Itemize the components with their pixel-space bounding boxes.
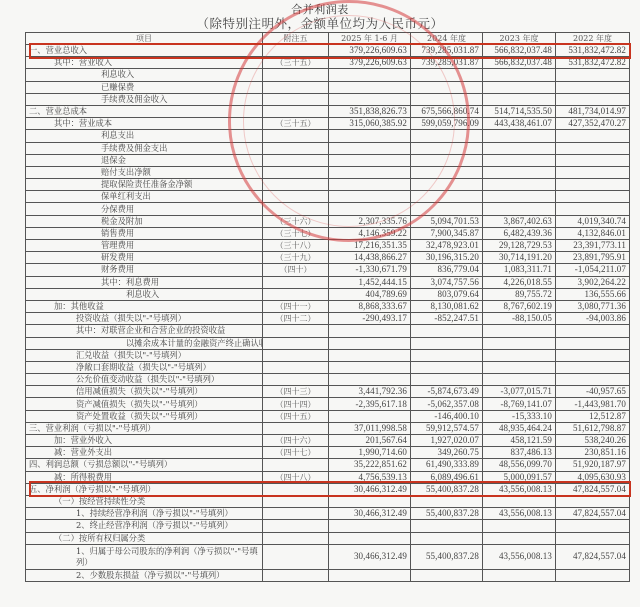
row-item-label: 五、净利润（净亏损以"-"号填列）: [26, 483, 263, 495]
row-value-2023: [483, 569, 556, 581]
row-item-label: 信用减值损失（损失以"-"号填列）: [26, 386, 263, 398]
row-value-2023: [483, 166, 556, 178]
table-row: 资产处置收益（损失以"-"号填列）（四十五）-146,400.10-15,333…: [26, 410, 630, 422]
table-row: 减：所得税费用（四十八）4,756,539.136,089,496.615,00…: [26, 471, 630, 483]
row-value-2024: [411, 374, 483, 386]
row-value-2024: [411, 349, 483, 361]
row-value-2022: 51,920,187.97: [556, 459, 630, 471]
row-value-2022: [556, 69, 630, 81]
row-value-2022: 531,832,472.82: [556, 45, 630, 57]
header-2024: 2024 年度: [411, 33, 483, 45]
row-note-ref: [263, 361, 329, 373]
table-row: 一、营业总收入379,226,609.63739,285,031.87566,8…: [26, 45, 630, 57]
row-value-2022: [556, 349, 630, 361]
row-value-2025h1: [329, 69, 411, 81]
row-value-2024: [411, 142, 483, 154]
table-row: 手续费及佣金支出: [26, 142, 630, 154]
row-note-ref: [263, 288, 329, 300]
row-value-2023: 29,128,729.53: [483, 240, 556, 252]
income-statement-table: 项目 附注五 2025 年 1-6 月 2024 年度 2023 年度 2022…: [25, 32, 630, 582]
row-item-label: 一、营业总收入: [26, 45, 263, 57]
row-value-2024: -146,400.10: [411, 410, 483, 422]
table-row: 汇兑收益（损失以"-"号填列）: [26, 349, 630, 361]
row-note-ref: [263, 203, 329, 215]
table-row: 税金及附加（三十六）2,307,335.765,094,701.533,867,…: [26, 215, 630, 227]
row-value-2023: [483, 337, 556, 349]
row-item-label: 利息支出: [26, 130, 263, 142]
row-value-2023: 6,482,439.36: [483, 227, 556, 239]
row-value-2025h1: 1,452,444.15: [329, 276, 411, 288]
row-note-ref: （四十三）: [263, 386, 329, 398]
row-value-2025h1: 379,226,609.63: [329, 57, 411, 69]
row-value-2025h1: 8,868,333.67: [329, 300, 411, 312]
row-value-2022: 4,095,630.93: [556, 471, 630, 483]
row-value-2024: 55,400,837.28: [411, 483, 483, 495]
row-value-2023: 43,556,008.13: [483, 544, 556, 569]
row-value-2024: 349,260.75: [411, 447, 483, 459]
row-note-ref: （四十八）: [263, 471, 329, 483]
row-value-2022: [556, 191, 630, 203]
row-value-2025h1: 3,441,792.36: [329, 386, 411, 398]
table-header-row: 项目 附注五 2025 年 1-6 月 2024 年度 2023 年度 2022…: [26, 33, 630, 45]
statement-subtitle: （除特别注明外，金额单位均为人民币元）: [0, 14, 640, 32]
row-value-2022: 538,240.26: [556, 435, 630, 447]
row-value-2022: [556, 81, 630, 93]
row-value-2023: [483, 69, 556, 81]
row-note-ref: （三十八）: [263, 240, 329, 252]
row-value-2024: 59,912,574.57: [411, 422, 483, 434]
row-value-2023: -8,769,141.07: [483, 398, 556, 410]
row-value-2025h1: [329, 81, 411, 93]
row-value-2024: [411, 337, 483, 349]
row-value-2025h1: [329, 325, 411, 337]
row-note-ref: [263, 81, 329, 93]
row-item-label: 净敞口套期收益（损失以"-"号填列）: [26, 361, 263, 373]
row-note-ref: [263, 325, 329, 337]
row-item-label: 利息收入: [26, 288, 263, 300]
row-value-2025h1: 30,466,312.49: [329, 544, 411, 569]
row-note-ref: [263, 483, 329, 495]
table-row: 提取保险责任准备金净额: [26, 179, 630, 191]
row-value-2024: 30,196,315.20: [411, 252, 483, 264]
row-value-2024: [411, 361, 483, 373]
row-note-ref: [263, 532, 329, 544]
row-note-ref: （四十五）: [263, 410, 329, 422]
row-value-2024: [411, 520, 483, 532]
row-value-2025h1: -1,330,671.79: [329, 264, 411, 276]
row-note-ref: （三十五）: [263, 118, 329, 130]
row-value-2025h1: 4,146,359.22: [329, 227, 411, 239]
row-value-2023: [483, 374, 556, 386]
header-2025h1: 2025 年 1-6 月: [329, 33, 411, 45]
row-item-label: 提取保险责任准备金净额: [26, 179, 263, 191]
row-note-ref: [263, 374, 329, 386]
header-item: 项目: [26, 33, 263, 45]
row-value-2024: 836,779.04: [411, 264, 483, 276]
row-item-label: 其中：营业成本: [26, 118, 263, 130]
row-value-2024: 5,094,701.53: [411, 215, 483, 227]
row-value-2022: [556, 93, 630, 105]
row-value-2022: 4,019,340.74: [556, 215, 630, 227]
row-item-label: 减：所得税费用: [26, 471, 263, 483]
row-note-ref: [263, 349, 329, 361]
row-value-2023: [483, 325, 556, 337]
row-value-2022: -94,003.86: [556, 313, 630, 325]
row-value-2024: 803,079.64: [411, 288, 483, 300]
row-note-ref: （四十六）: [263, 435, 329, 447]
row-item-label: 加：营业外收入: [26, 435, 263, 447]
row-item-label: 二、营业总成本: [26, 105, 263, 117]
row-note-ref: [263, 459, 329, 471]
table-row: 手续费及佣金收入: [26, 93, 630, 105]
row-value-2022: 3,080,771.36: [556, 300, 630, 312]
row-item-label: 分保费用: [26, 203, 263, 215]
row-value-2022: -1,054,211.07: [556, 264, 630, 276]
row-note-ref: （三十七）: [263, 227, 329, 239]
row-value-2025h1: [329, 410, 411, 422]
row-note-ref: [263, 276, 329, 288]
row-value-2023: -88,150.05: [483, 313, 556, 325]
row-value-2025h1: 30,466,312.49: [329, 483, 411, 495]
row-item-label: 保单红利支出: [26, 191, 263, 203]
row-value-2023: [483, 130, 556, 142]
row-item-label: 三、营业利润（亏损以"-"号填列）: [26, 422, 263, 434]
row-value-2022: 136,555.66: [556, 288, 630, 300]
table-row: （二）按所有权归属分类: [26, 532, 630, 544]
row-value-2025h1: [329, 532, 411, 544]
row-value-2022: [556, 374, 630, 386]
row-value-2022: 531,832,472.82: [556, 57, 630, 69]
row-item-label: 资产处置收益（损失以"-"号填列）: [26, 410, 263, 422]
table-row: 五、净利润（净亏损以"-"号填列）30,466,312.4955,400,837…: [26, 483, 630, 495]
row-value-2024: [411, 166, 483, 178]
row-value-2023: 3,867,402.63: [483, 215, 556, 227]
row-value-2025h1: [329, 569, 411, 581]
row-value-2025h1: -290,493.17: [329, 313, 411, 325]
row-item-label: 以摊余成本计量的金融资产终止确认收益: [26, 337, 263, 349]
table-row: 二、营业总成本351,838,826.73675,566,860.74514,7…: [26, 105, 630, 117]
row-note-ref: [263, 166, 329, 178]
row-item-label: 1、持续经营净利润（净亏损以"-"号填列）: [26, 508, 263, 520]
row-value-2023: 8,767,602.19: [483, 300, 556, 312]
row-item-label: 投资收益（损失以"-"号填列）: [26, 313, 263, 325]
row-value-2022: 23,891,795.91: [556, 252, 630, 264]
row-value-2024: [411, 154, 483, 166]
row-value-2022: 47,824,557.04: [556, 483, 630, 495]
row-item-label: 税金及附加: [26, 215, 263, 227]
table-row: 以摊余成本计量的金融资产终止确认收益: [26, 337, 630, 349]
table-row: 减：营业外支出（四十七）1,990,714.60349,260.75837,48…: [26, 447, 630, 459]
table-row: 研发费用（三十九）14,438,866.2730,196,315.2030,71…: [26, 252, 630, 264]
row-value-2025h1: 14,438,866.27: [329, 252, 411, 264]
row-value-2022: [556, 166, 630, 178]
row-value-2024: -5,062,357.08: [411, 398, 483, 410]
row-item-label: 1、归属于母公司股东的净利润（净亏损以"-"号填列）: [26, 544, 263, 569]
row-value-2022: 3,902,264.22: [556, 276, 630, 288]
row-note-ref: [263, 45, 329, 57]
table-row: 管理费用（三十八）17,216,351.3532,478,923.0129,12…: [26, 240, 630, 252]
table-row: 1、持续经营净利润（净亏损以"-"号填列）30,466,312.4955,400…: [26, 508, 630, 520]
row-value-2025h1: [329, 191, 411, 203]
row-value-2023: 458,121.59: [483, 435, 556, 447]
row-value-2022: 51,612,798.87: [556, 422, 630, 434]
row-value-2024: -852,247.51: [411, 313, 483, 325]
row-value-2024: [411, 179, 483, 191]
row-value-2025h1: [329, 179, 411, 191]
row-value-2022: [556, 203, 630, 215]
table-row: 已赚保费: [26, 81, 630, 93]
row-item-label: 手续费及佣金支出: [26, 142, 263, 154]
row-item-label: 资产减值损失（损失以"-"号填列）: [26, 398, 263, 410]
row-item-label: 研发费用: [26, 252, 263, 264]
row-value-2025h1: 351,838,826.73: [329, 105, 411, 117]
row-value-2022: [556, 130, 630, 142]
row-item-label: 管理费用: [26, 240, 263, 252]
row-value-2022: [556, 154, 630, 166]
row-note-ref: [263, 337, 329, 349]
table-row: 投资收益（损失以"-"号填列）（四十二）-290,493.17-852,247.…: [26, 313, 630, 325]
row-value-2023: 48,556,099.70: [483, 459, 556, 471]
row-value-2025h1: 2,307,335.76: [329, 215, 411, 227]
row-value-2024: 3,074,757.56: [411, 276, 483, 288]
row-item-label: 减：营业外支出: [26, 447, 263, 459]
row-note-ref: [263, 191, 329, 203]
row-value-2024: 675,566,860.74: [411, 105, 483, 117]
row-value-2025h1: [329, 495, 411, 507]
row-value-2025h1: 37,011,998.58: [329, 422, 411, 434]
table-row: 利息收入404,789.69803,079.6489,755.72136,555…: [26, 288, 630, 300]
row-value-2025h1: 4,756,539.13: [329, 471, 411, 483]
row-value-2024: [411, 93, 483, 105]
row-value-2025h1: 379,226,609.63: [329, 45, 411, 57]
row-value-2022: 427,352,470.27: [556, 118, 630, 130]
table-row: 退保金: [26, 154, 630, 166]
row-note-ref: （四十七）: [263, 447, 329, 459]
table-row: 加：营业外收入（四十六）201,567.641,927,020.07458,12…: [26, 435, 630, 447]
row-item-label: 销售费用: [26, 227, 263, 239]
row-value-2024: 7,900,345.87: [411, 227, 483, 239]
row-value-2023: 4,226,018.55: [483, 276, 556, 288]
row-value-2024: 739,285,031.87: [411, 57, 483, 69]
table-row: 2、终止经营净利润（净亏损以"-"号填列）: [26, 520, 630, 532]
row-value-2023: 514,714,535.50: [483, 105, 556, 117]
row-note-ref: [263, 179, 329, 191]
row-value-2025h1: -2,395,617.18: [329, 398, 411, 410]
row-value-2022: 23,391,773.11: [556, 240, 630, 252]
row-item-label: 加：其他收益: [26, 300, 263, 312]
table-row: 加：其他收益（四十一）8,868,333.678,130,081.628,767…: [26, 300, 630, 312]
row-value-2022: 230,851.16: [556, 447, 630, 459]
table-row: 净敞口套期收益（损失以"-"号填列）: [26, 361, 630, 373]
row-value-2025h1: [329, 361, 411, 373]
header-2022: 2022 年度: [556, 33, 630, 45]
row-value-2024: 55,400,837.28: [411, 508, 483, 520]
row-value-2023: [483, 142, 556, 154]
row-value-2022: 481,734,014.97: [556, 105, 630, 117]
row-value-2023: 89,755.72: [483, 288, 556, 300]
row-value-2024: [411, 81, 483, 93]
row-value-2024: [411, 130, 483, 142]
row-value-2023: [483, 81, 556, 93]
row-item-label: 2、终止经营净利润（净亏损以"-"号填列）: [26, 520, 263, 532]
row-value-2025h1: [329, 349, 411, 361]
table-row: 其中：营业成本（三十五）315,060,385.92599,059,796.09…: [26, 118, 630, 130]
row-value-2023: 566,832,037.48: [483, 57, 556, 69]
row-value-2022: 12,512.87: [556, 410, 630, 422]
row-value-2022: [556, 520, 630, 532]
row-value-2025h1: 35,222,851.62: [329, 459, 411, 471]
row-note-ref: [263, 422, 329, 434]
table-row: 资产减值损失（损失以"-"号填列）（四十四）-2,395,617.18-5,06…: [26, 398, 630, 410]
row-value-2023: [483, 495, 556, 507]
table-row: 其中：对联营企业和合营企业的投资收益: [26, 325, 630, 337]
row-value-2022: [556, 337, 630, 349]
row-value-2024: 8,130,081.62: [411, 300, 483, 312]
row-value-2025h1: 1,990,714.60: [329, 447, 411, 459]
row-value-2022: 47,824,557.04: [556, 508, 630, 520]
row-item-label: 财务费用: [26, 264, 263, 276]
table-row: 其中：利息费用1,452,444.153,074,757.564,226,018…: [26, 276, 630, 288]
row-note-ref: [263, 93, 329, 105]
row-value-2023: [483, 520, 556, 532]
row-value-2025h1: [329, 374, 411, 386]
row-value-2025h1: [329, 93, 411, 105]
table-row: 1、归属于母公司股东的净利润（净亏损以"-"号填列）30,466,312.495…: [26, 544, 630, 569]
row-note-ref: [263, 154, 329, 166]
row-value-2024: [411, 569, 483, 581]
row-item-label: 公允价值变动收益（损失以"-"号填列）: [26, 374, 263, 386]
row-item-label: 赔付支出净额: [26, 166, 263, 178]
row-note-ref: [263, 130, 329, 142]
row-value-2023: 48,935,464.24: [483, 422, 556, 434]
table-row: （一）按经营持续性分类: [26, 495, 630, 507]
row-note-ref: [263, 495, 329, 507]
row-item-label: 利息收入: [26, 69, 263, 81]
row-value-2023: 43,556,008.13: [483, 483, 556, 495]
row-item-label: 其中：营业收入: [26, 57, 263, 69]
row-value-2023: [483, 349, 556, 361]
row-value-2023: [483, 179, 556, 191]
row-value-2022: 47,824,557.04: [556, 544, 630, 569]
row-value-2025h1: [329, 337, 411, 349]
table-row: 四、利润总额（亏损总额以"-"号填列）35,222,851.6261,490,3…: [26, 459, 630, 471]
row-value-2023: [483, 361, 556, 373]
row-value-2023: [483, 532, 556, 544]
row-value-2023: [483, 154, 556, 166]
row-value-2022: -1,443,981.70: [556, 398, 630, 410]
row-value-2022: 4,132,846.01: [556, 227, 630, 239]
row-note-ref: （三十五）: [263, 57, 329, 69]
row-value-2022: [556, 361, 630, 373]
table-row: 利息收入: [26, 69, 630, 81]
row-value-2024: 599,059,796.09: [411, 118, 483, 130]
row-value-2025h1: [329, 130, 411, 142]
row-note-ref: [263, 544, 329, 569]
table-row: 分保费用: [26, 203, 630, 215]
header-2023: 2023 年度: [483, 33, 556, 45]
row-value-2023: -3,077,015.71: [483, 386, 556, 398]
row-item-label: 汇兑收益（损失以"-"号填列）: [26, 349, 263, 361]
row-value-2025h1: 201,567.64: [329, 435, 411, 447]
row-value-2022: -40,957.65: [556, 386, 630, 398]
row-value-2024: [411, 532, 483, 544]
row-value-2023: 43,556,008.13: [483, 508, 556, 520]
table-row: 销售费用（三十七）4,146,359.227,900,345.876,482,4…: [26, 227, 630, 239]
row-item-label: 已赚保费: [26, 81, 263, 93]
table-body: 一、营业总收入379,226,609.63739,285,031.87566,8…: [26, 45, 630, 582]
row-note-ref: （四十一）: [263, 300, 329, 312]
row-value-2023: 837,486.13: [483, 447, 556, 459]
table-row: 公允价值变动收益（损失以"-"号填列）: [26, 374, 630, 386]
row-value-2022: [556, 179, 630, 191]
row-note-ref: [263, 105, 329, 117]
row-value-2023: [483, 93, 556, 105]
row-value-2025h1: 17,216,351.35: [329, 240, 411, 252]
table-row: 财务费用（四十）-1,330,671.79836,779.041,083,311…: [26, 264, 630, 276]
row-value-2023: 443,438,461.07: [483, 118, 556, 130]
row-value-2022: [556, 142, 630, 154]
row-value-2025h1: 404,789.69: [329, 288, 411, 300]
row-value-2024: [411, 203, 483, 215]
table-row: 信用减值损失（损失以"-"号填列）（四十三）3,441,792.36-5,874…: [26, 386, 630, 398]
row-value-2025h1: [329, 142, 411, 154]
row-value-2023: [483, 191, 556, 203]
row-note-ref: （三十六）: [263, 215, 329, 227]
row-value-2024: [411, 191, 483, 203]
row-item-label: 2、少数股东损益（净亏损以"-"号填列）: [26, 569, 263, 581]
row-value-2024: [411, 495, 483, 507]
row-value-2024: 61,490,333.89: [411, 459, 483, 471]
row-item-label: 其中：利息费用: [26, 276, 263, 288]
row-item-label: 其中：对联营企业和合营企业的投资收益: [26, 325, 263, 337]
row-value-2025h1: [329, 154, 411, 166]
row-note-ref: [263, 69, 329, 81]
row-value-2022: [556, 569, 630, 581]
row-item-label: 手续费及佣金收入: [26, 93, 263, 105]
row-value-2024: 32,478,923.01: [411, 240, 483, 252]
row-note-ref: [263, 142, 329, 154]
row-item-label: 四、利润总额（亏损总额以"-"号填列）: [26, 459, 263, 471]
row-value-2024: [411, 69, 483, 81]
table-row: 2、少数股东损益（净亏损以"-"号填列）: [26, 569, 630, 581]
row-item-label: 退保金: [26, 154, 263, 166]
table-row: 保单红利支出: [26, 191, 630, 203]
table-row: 三、营业利润（亏损以"-"号填列）37,011,998.5859,912,574…: [26, 422, 630, 434]
row-note-ref: （四十二）: [263, 313, 329, 325]
row-note-ref: [263, 520, 329, 532]
row-value-2022: [556, 495, 630, 507]
row-value-2024: 1,927,020.07: [411, 435, 483, 447]
row-note-ref: [263, 569, 329, 581]
row-value-2025h1: [329, 203, 411, 215]
row-value-2022: [556, 325, 630, 337]
row-note-ref: [263, 508, 329, 520]
row-value-2025h1: [329, 166, 411, 178]
row-note-ref: （四十四）: [263, 398, 329, 410]
row-value-2024: 55,400,837.28: [411, 544, 483, 569]
row-value-2023: 30,714,191.20: [483, 252, 556, 264]
row-item-label: （二）按所有权归属分类: [26, 532, 263, 544]
table-row: 赔付支出净额: [26, 166, 630, 178]
row-value-2023: [483, 203, 556, 215]
row-value-2023: -15,333.10: [483, 410, 556, 422]
row-value-2023: 1,083,311.71: [483, 264, 556, 276]
row-value-2024: 6,089,496.61: [411, 471, 483, 483]
table-row: 其中：营业收入（三十五）379,226,609.63739,285,031.87…: [26, 57, 630, 69]
row-value-2024: [411, 325, 483, 337]
table-row: 利息支出: [26, 130, 630, 142]
row-note-ref: （四十）: [263, 264, 329, 276]
